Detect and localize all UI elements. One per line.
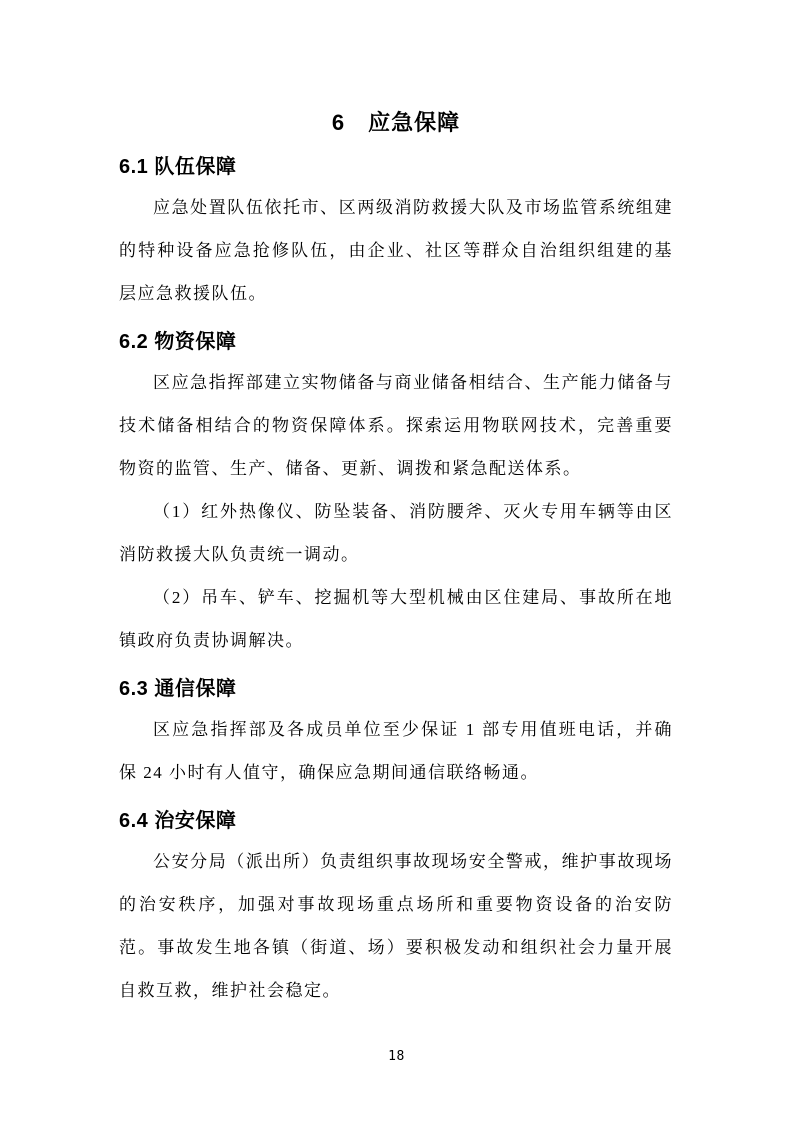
paragraph: 应急处置队伍依托市、区两级消防救援大队及市场监管系统组建的特种设备应急抢修队伍，… [119, 186, 673, 315]
page-number: 18 [0, 1049, 793, 1064]
document-title: 6 应急保障 [119, 106, 673, 140]
paragraph: 公安分局（派出所）负责组织事故现场安全警戒，维护事故现场的治安秩序，加强对事故现… [119, 840, 673, 1012]
paragraph: （2）吊车、铲车、挖掘机等大型机械由区住建局、事故所在地镇政府负责协调解决。 [119, 576, 673, 662]
paragraph: 区应急指挥部及各成员单位至少保证 1 部专用值班电话，并确保 24 小时有人值守… [119, 708, 673, 794]
section-heading-6.3: 6.3 通信保障 [119, 674, 673, 704]
section-heading-6.1: 6.1 队伍保障 [119, 152, 673, 182]
section-heading-6.4: 6.4 治安保障 [119, 806, 673, 836]
section-heading-6.2: 6.2 物资保障 [119, 327, 673, 357]
document-page: 6 应急保障 6.1 队伍保障应急处置队伍依托市、区两级消防救援大队及市场监管系… [0, 0, 793, 1122]
document-body: 6.1 队伍保障应急处置队伍依托市、区两级消防救援大队及市场监管系统组建的特种设… [119, 152, 673, 1012]
paragraph: （1）红外热像仪、防坠装备、消防腰斧、灭火专用车辆等由区消防救援大队负责统一调动… [119, 490, 673, 576]
paragraph: 区应急指挥部建立实物储备与商业储备相结合、生产能力储备与技术储备相结合的物资保障… [119, 361, 673, 490]
